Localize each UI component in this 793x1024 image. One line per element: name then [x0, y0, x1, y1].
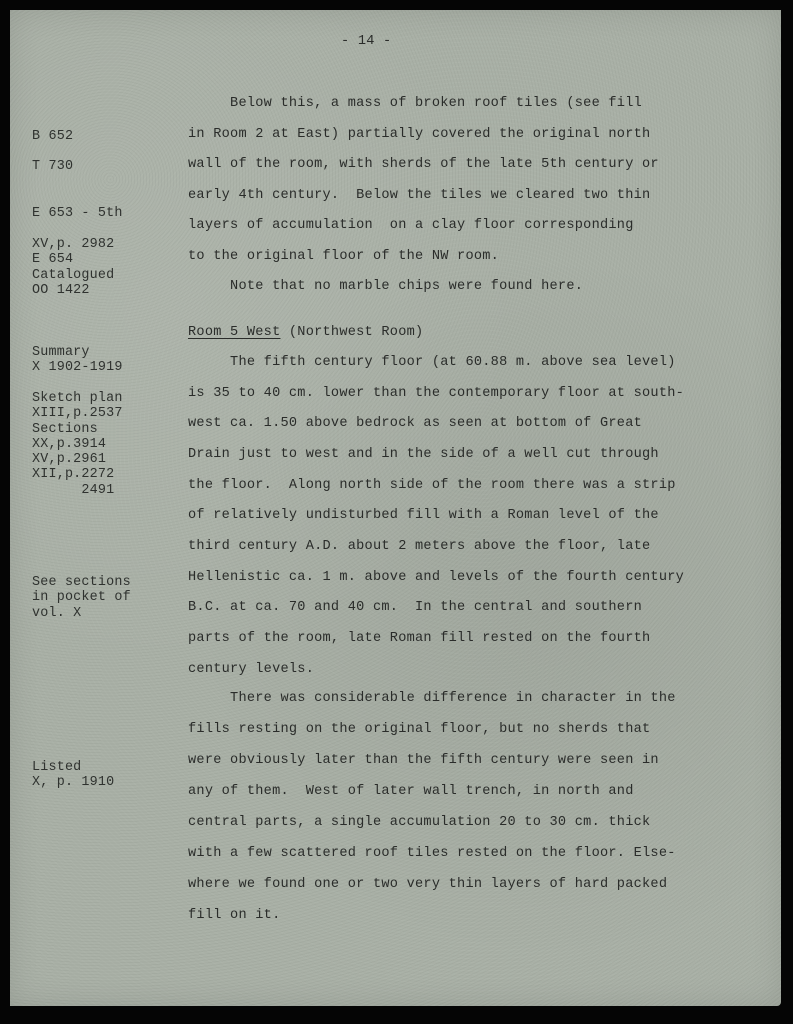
margin-note-line: Summary: [32, 345, 123, 360]
body-line: B.C. at ca. 70 and 40 cm. In the central…: [188, 601, 642, 615]
margin-note-line: XV,p.2961: [32, 452, 123, 467]
body-line: central parts, a single accumulation 20 …: [188, 816, 650, 830]
body-line: west ca. 1.50 above bedrock as seen at b…: [188, 417, 642, 431]
margin-note-line: XV,p. 2982: [32, 237, 114, 252]
margin-note-line: E 653 - 5th: [32, 206, 123, 221]
margin-note-summary: SummaryX 1902-1919: [32, 345, 123, 376]
margin-note-b652: B 652: [32, 129, 73, 144]
margin-note-line: vol. X: [32, 606, 131, 621]
typewritten-page: - 14 - B 652 T 730 E 653 - 5th XV,p. 298…: [10, 10, 781, 1006]
margin-note-line: XII,p.2272: [32, 467, 123, 482]
margin-note-line: T 730: [32, 159, 73, 174]
margin-note-e653: E 653 - 5th: [32, 206, 123, 221]
body-line: early 4th century. Below the tiles we cl…: [188, 189, 650, 203]
margin-note-line: B 652: [32, 129, 73, 144]
body-line: where we found one or two very thin laye…: [188, 878, 667, 892]
margin-note-line: in pocket of: [32, 590, 131, 605]
body-line: fill on it.: [188, 909, 280, 923]
section-heading-subtitle: (Northwest Room): [280, 325, 423, 340]
body-line: There was considerable difference in cha…: [188, 692, 676, 706]
page-number: - 14 -: [341, 35, 391, 49]
body-line: the floor. Along north side of the room …: [188, 479, 676, 493]
margin-note-see-sections: See sectionsin pocket ofvol. X: [32, 575, 131, 621]
margin-note-line: XX,p.3914: [32, 437, 123, 452]
body-line: is 35 to 40 cm. lower than the contempor…: [188, 387, 684, 401]
body-line: Drain just to west and in the side of a …: [188, 448, 659, 462]
margin-note-catalogue: XV,p. 2982E 654CataloguedOO 1422: [32, 237, 114, 298]
body-line: third century A.D. about 2 meters above …: [188, 540, 650, 554]
margin-note-line: OO 1422: [32, 283, 114, 298]
body-line: wall of the room, with sherds of the lat…: [188, 158, 659, 172]
body-line: in Room 2 at East) partially covered the…: [188, 128, 650, 142]
body-line: fills resting on the original floor, but…: [188, 723, 650, 737]
body-line: any of them. West of later wall trench, …: [188, 785, 634, 799]
margin-note-line: 2491: [32, 483, 123, 498]
section-heading: Room 5 West (Northwest Room): [188, 326, 423, 340]
body-line: parts of the room, late Roman fill reste…: [188, 632, 650, 646]
margin-note-line: Catalogued: [32, 268, 114, 283]
body-line: The fifth century floor (at 60.88 m. abo…: [188, 356, 676, 370]
body-line: to the original floor of the NW room.: [188, 250, 499, 264]
margin-note-line: XIII,p.2537: [32, 406, 123, 421]
margin-note-line: Listed: [32, 760, 114, 775]
margin-note-line: X, p. 1910: [32, 775, 114, 790]
margin-note-listed: ListedX, p. 1910: [32, 760, 114, 791]
body-line: Below this, a mass of broken roof tiles …: [188, 97, 642, 111]
margin-note-line: Sketch plan: [32, 391, 123, 406]
body-line: century levels.: [188, 663, 314, 677]
margin-note-sketch-plan: Sketch planXIII,p.2537SectionsXX,p.3914X…: [32, 391, 123, 498]
margin-note-line: Sections: [32, 422, 123, 437]
body-line: layers of accumulation on a clay floor c…: [188, 219, 634, 233]
margin-note-t730: T 730: [32, 159, 73, 174]
body-line: with a few scattered roof tiles rested o…: [188, 847, 676, 861]
body-line: of relatively undisturbed fill with a Ro…: [188, 509, 659, 523]
section-heading-title: Room 5 West: [188, 325, 280, 340]
margin-note-line: X 1902-1919: [32, 360, 123, 375]
body-line: Note that no marble chips were found her…: [188, 280, 583, 294]
margin-note-line: E 654: [32, 252, 114, 267]
body-line: Hellenistic ca. 1 m. above and levels of…: [188, 571, 684, 585]
margin-note-line: See sections: [32, 575, 131, 590]
body-line: were obviously later than the fifth cent…: [188, 754, 659, 768]
